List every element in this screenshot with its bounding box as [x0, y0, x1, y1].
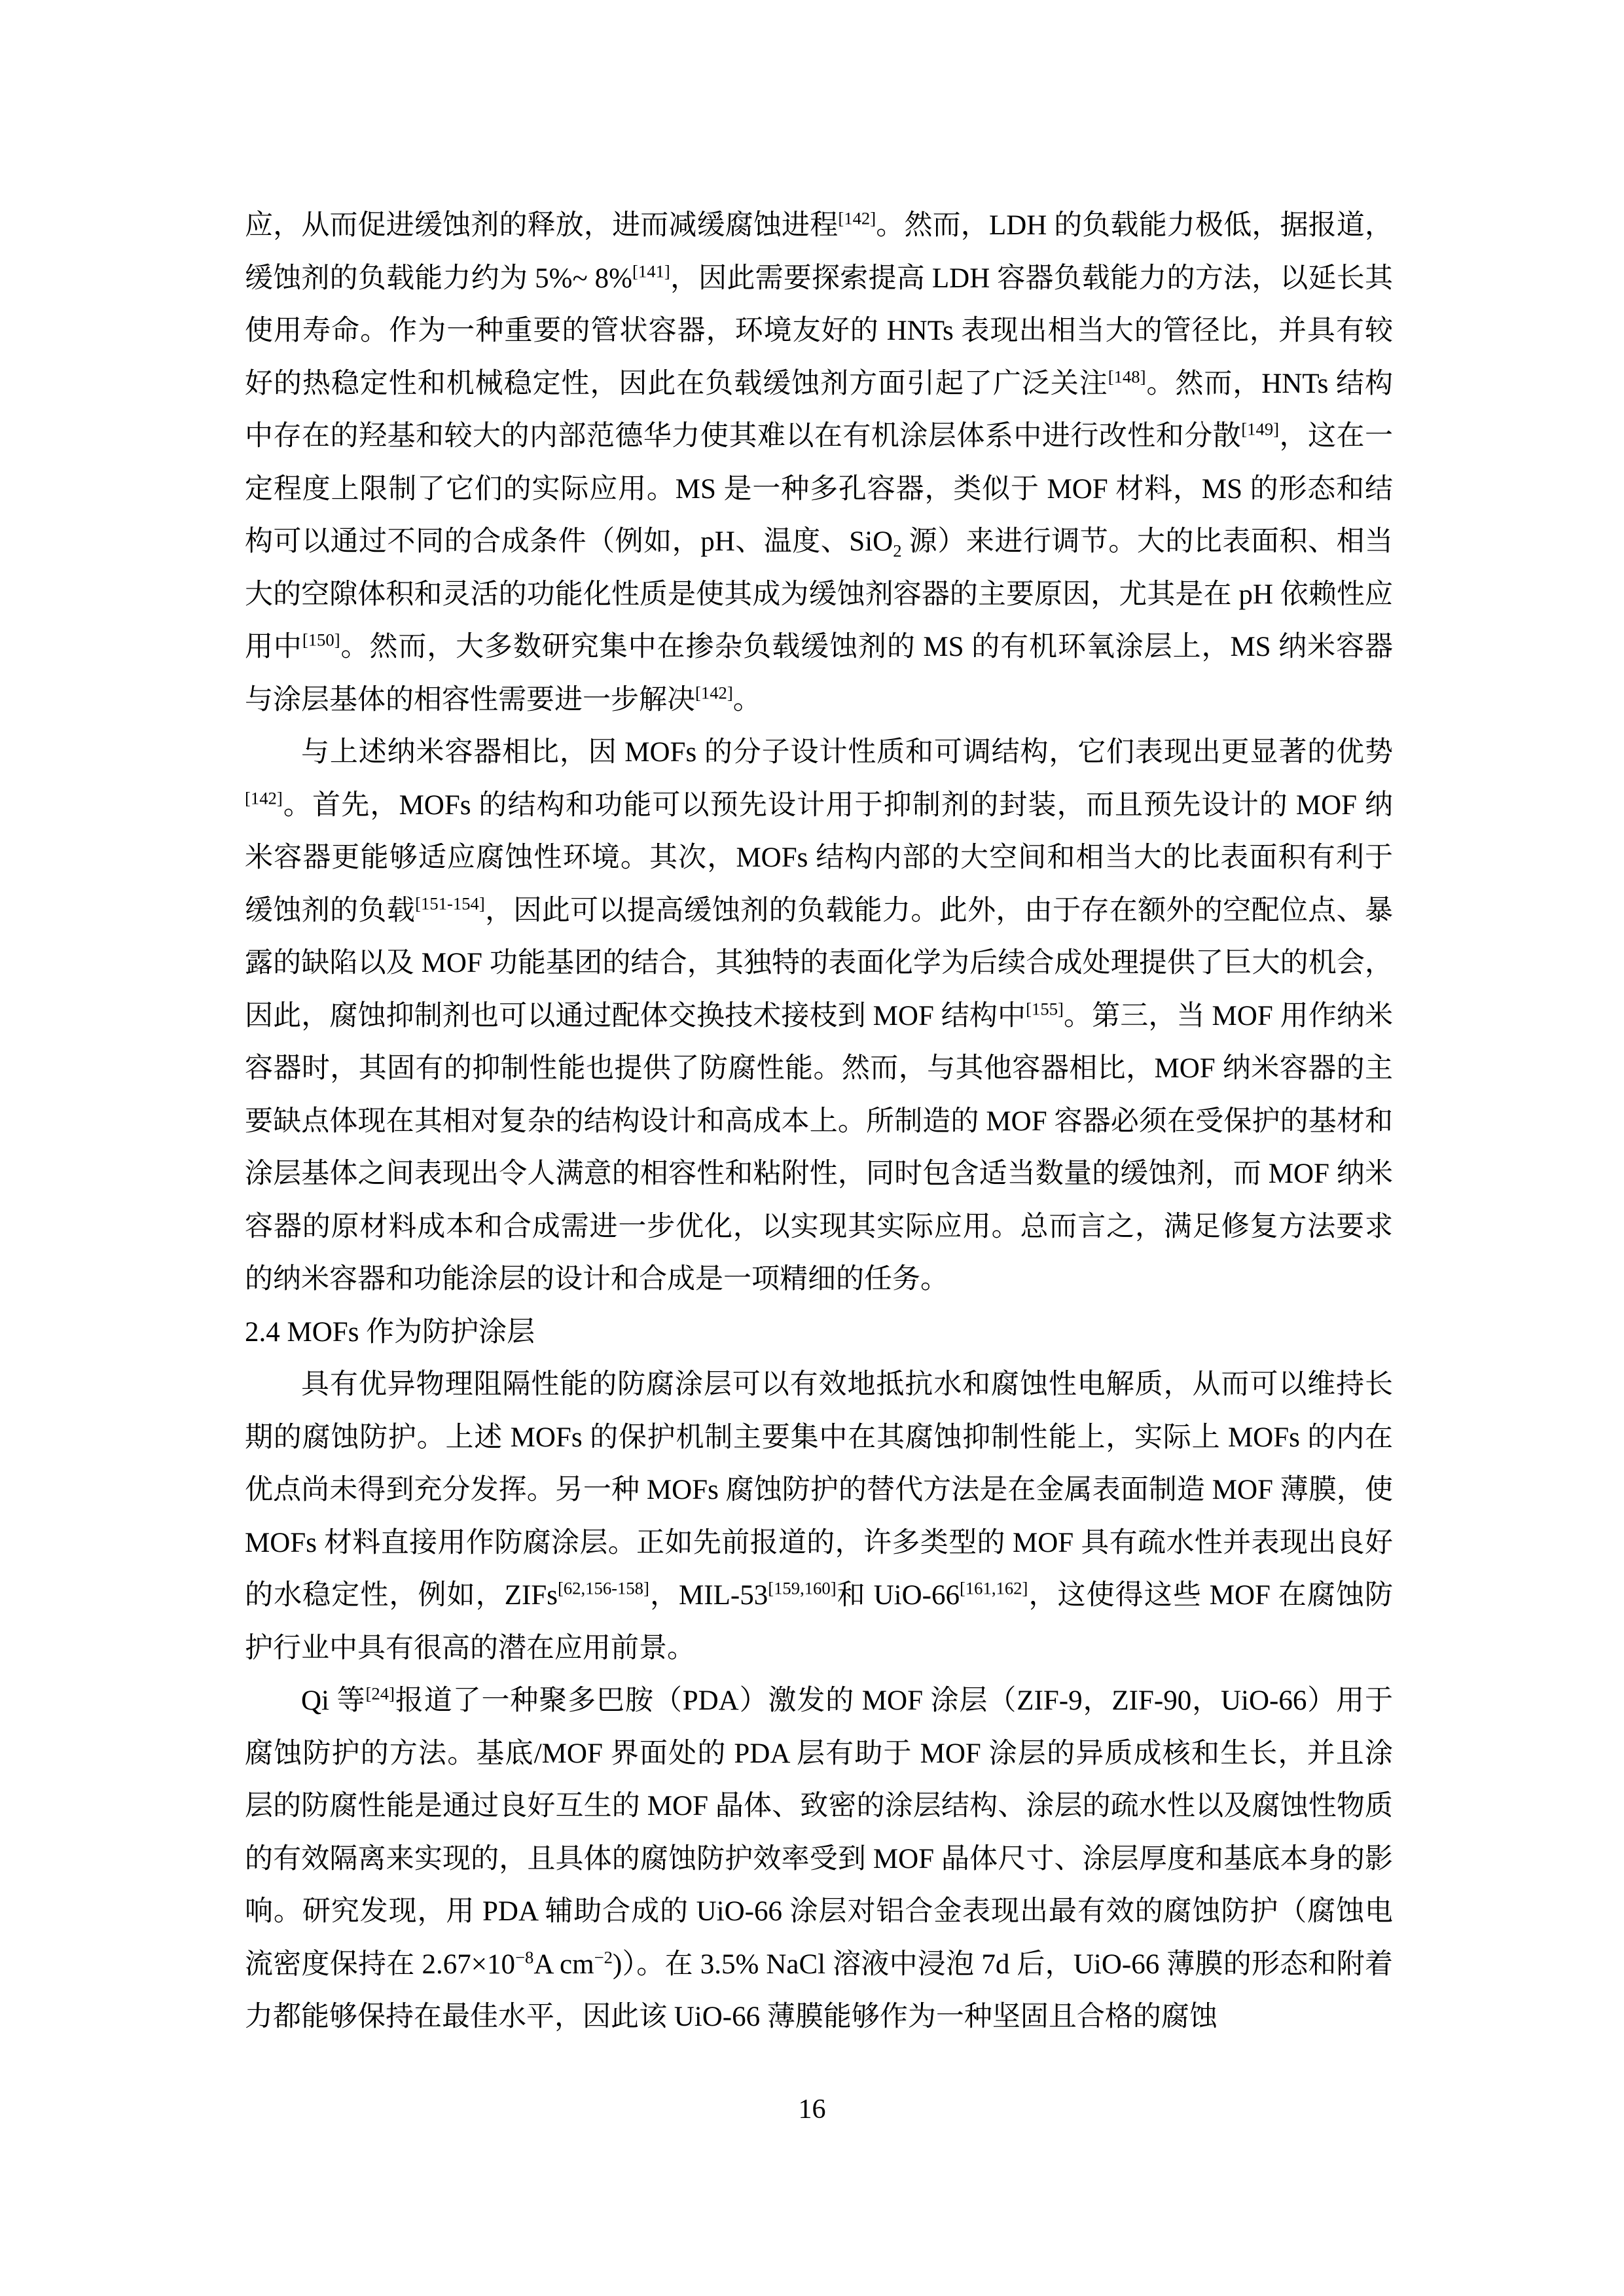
citation-superscript: [142]	[838, 209, 876, 228]
citation-superscript: [142]	[695, 683, 733, 702]
chemical-subscript: 2	[893, 541, 901, 561]
citation-superscript: [155]	[1026, 999, 1064, 1018]
citation-superscript: [141]	[632, 261, 670, 281]
body-paragraph: 与上述纳米容器相比，因 MOFs 的分子设计性质和可调结构，它们表现出更显著的优…	[245, 726, 1393, 1306]
document-page: 应，从而促进缓蚀剂的释放，进而减缓腐蚀进程[142]。然而，LDH 的负载能力极…	[0, 0, 1624, 2296]
section-heading: 2.4 MOFs 作为防护涂层	[245, 1306, 1393, 1359]
citation-superscript: [150]	[302, 630, 340, 650]
citation-superscript: [151-154]	[415, 893, 485, 913]
document-body: 应，从而促进缓蚀剂的释放，进而减缓腐蚀进程[142]。然而，LDH 的负载能力极…	[245, 200, 1393, 2044]
exponent-superscript: −2	[594, 1947, 613, 1967]
citation-superscript: [159,160]	[768, 1579, 836, 1598]
citation-superscript: [62,156-158]	[558, 1579, 649, 1598]
citation-superscript: [148]	[1108, 367, 1146, 386]
citation-superscript: [142]	[245, 788, 283, 808]
body-paragraph: 应，从而促进缓蚀剂的释放，进而减缓腐蚀进程[142]。然而，LDH 的负载能力极…	[245, 200, 1393, 726]
citation-superscript: [149]	[1241, 420, 1279, 439]
citation-superscript: [24]	[366, 1684, 395, 1704]
body-paragraph: Qi 等[24]报道了一种聚多巴胺（PDA）激发的 MOF 涂层（ZIF-9，Z…	[245, 1675, 1393, 2044]
exponent-superscript: −8	[515, 1947, 533, 1967]
body-paragraph: 具有优异物理阻隔性能的防腐涂层可以有效地抵抗水和腐蚀性电解质，从而可以维持长期的…	[245, 1359, 1393, 1675]
page-number: 16	[0, 2093, 1624, 2126]
citation-superscript: [161,162]	[960, 1579, 1028, 1598]
